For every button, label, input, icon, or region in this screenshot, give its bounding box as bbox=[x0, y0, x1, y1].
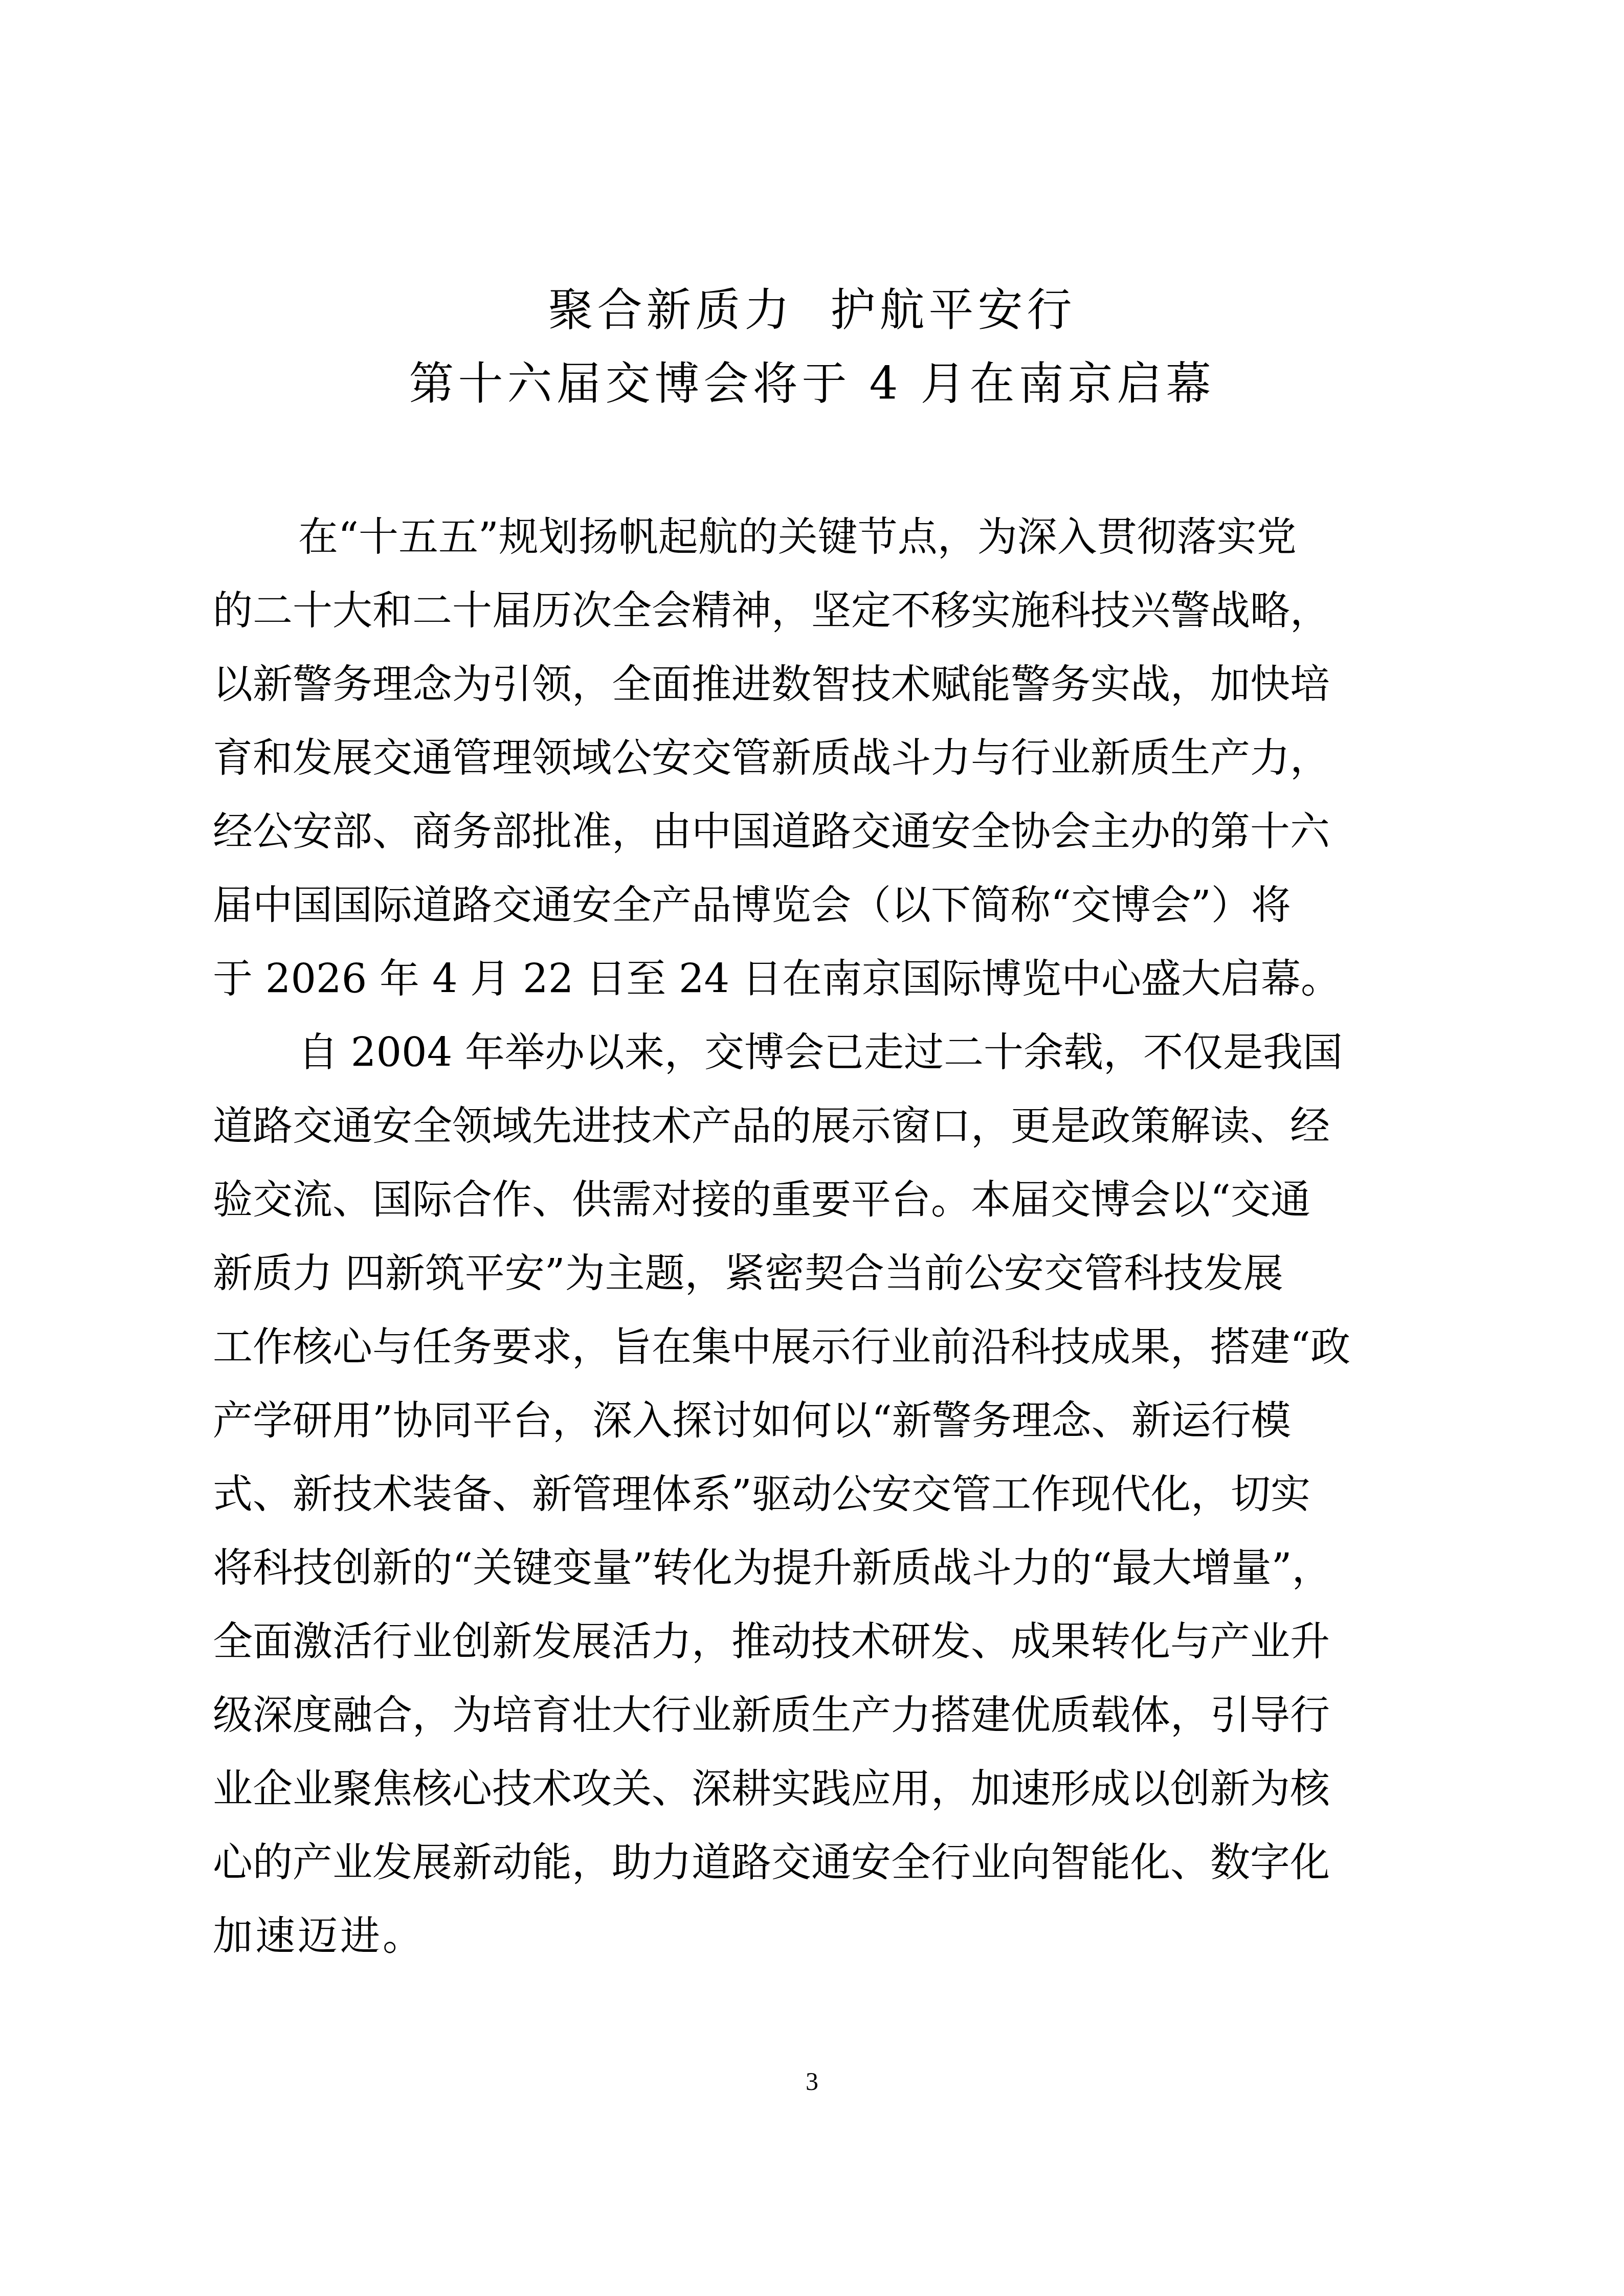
article-body: 在“十五五”规划扬帆起航的关键节点，为深入贯彻落实党 的二十大和二十届历次全会精… bbox=[213, 509, 1412, 1982]
paragraph-line: 的二十大和二十届历次全会精神，坚定不移实施科技兴警战略， bbox=[213, 583, 1412, 657]
paragraph-line: 以新警务理念为引领，全面推进数智技术赋能警务实战，加快培 bbox=[213, 657, 1412, 730]
paragraph-line: 全面激活行业创新发展活力，推动技术研发、成果转化与产业升 bbox=[213, 1614, 1412, 1687]
paragraph-line: 心的产业发展新动能，助力道路交通安全行业向智能化、数字化 bbox=[213, 1835, 1412, 1908]
paragraph-line: 届中国国际道路交通安全产品博览会（以下简称“交博会”）将 bbox=[213, 877, 1412, 951]
paragraph-line: 育和发展交通管理领域公安交管新质战斗力与行业新质生产力， bbox=[213, 730, 1412, 804]
page-number: 3 bbox=[0, 2066, 1624, 2097]
paragraph-line: 验交流、国际合作、供需对接的重要平台。本届交博会以“交通 bbox=[213, 1172, 1412, 1246]
paragraph-line: 业企业聚焦核心技术攻关、深耕实践应用，加速形成以创新为核 bbox=[213, 1761, 1412, 1835]
paragraph-line: 产学研用”协同平台，深入探讨如何以“新警务理念、新运行模 bbox=[213, 1393, 1412, 1467]
paragraph-1: 在“十五五”规划扬帆起航的关键节点，为深入贯彻落实党 的二十大和二十届历次全会精… bbox=[213, 509, 1412, 1025]
paragraph-line: 道路交通安全领域先进技术产品的展示窗口，更是政策解读、经 bbox=[213, 1098, 1412, 1172]
paragraph-line: 于 2026 年 4 月 22 日至 24 日在南京国际博览中心盛大启幕。 bbox=[213, 951, 1412, 1025]
paragraph-line: 级深度融合，为培育壮大行业新质生产力搭建优质载体，引导行 bbox=[213, 1687, 1412, 1761]
paragraph-line: 在“十五五”规划扬帆起航的关键节点，为深入贯彻落实党 bbox=[213, 509, 1412, 583]
paragraph-line: 经公安部、商务部批准，由中国道路交通安全协会主办的第十六 bbox=[213, 804, 1412, 877]
document-page: 聚合新质力 护航平安行 第十六届交博会将于 4 月在南京启幕 在“十五五”规划扬… bbox=[0, 0, 1624, 2296]
paragraph-2: 自 2004 年举办以来，交博会已走过二十余载，不仅是我国 道路交通安全领域先进… bbox=[213, 1025, 1412, 1982]
paragraph-line: 加速迈进。 bbox=[213, 1908, 1412, 1982]
paragraph-line: 将科技创新的“关键变量”转化为提升新质战斗力的“最大增量”， bbox=[213, 1540, 1412, 1614]
paragraph-line: 工作核心与任务要求，旨在集中展示行业前沿科技成果，搭建“政 bbox=[213, 1319, 1412, 1393]
headline-subtitle: 第十六届交博会将于 4 月在南京启幕 bbox=[0, 358, 1624, 409]
paragraph-line: 新质力 四新筑平安”为主题，紧密契合当前公安交管科技发展 bbox=[213, 1246, 1412, 1319]
paragraph-line: 自 2004 年举办以来，交博会已走过二十余载，不仅是我国 bbox=[213, 1025, 1412, 1098]
paragraph-line: 式、新技术装备、新管理体系”驱动公安交管工作现代化，切实 bbox=[213, 1467, 1412, 1540]
headline-title: 聚合新质力 护航平安行 bbox=[0, 284, 1624, 335]
